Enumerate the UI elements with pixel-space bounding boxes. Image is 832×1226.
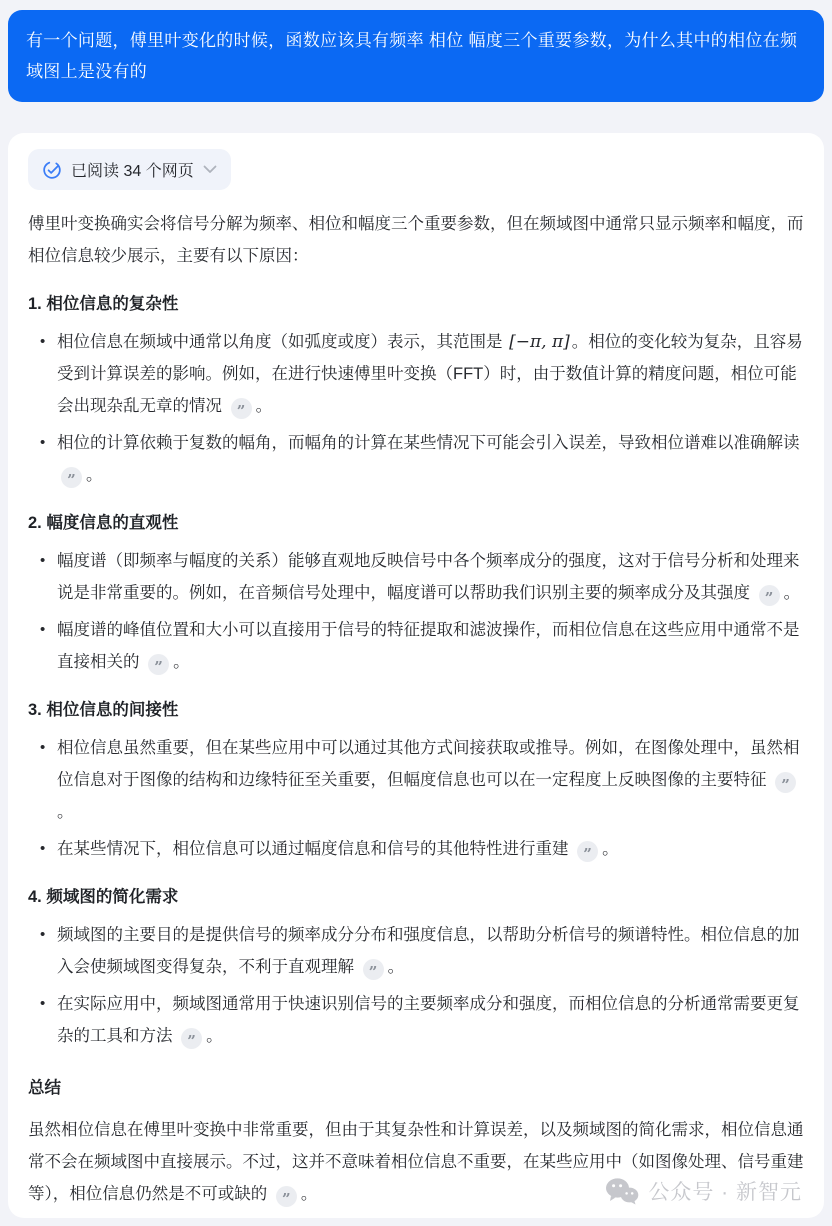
list-item: 在某些情况下，相位信息可以通过幅度信息和信号的其他特性进行重建 ”。 bbox=[40, 833, 804, 865]
summary-period: 。 bbox=[301, 1185, 318, 1203]
bullet-period: 。 bbox=[388, 958, 405, 976]
bullet-list-4: 频域图的主要目的是提供信号的频率成分分布和强度信息，以帮助分析信号的频谱特性。相… bbox=[28, 919, 804, 1052]
bullet-text: 在某些情况下，相位信息可以通过幅度信息和信号的其他特性进行重建 bbox=[57, 840, 573, 858]
bullet-period: 。 bbox=[256, 397, 273, 415]
section-heading-2: 2. 幅度信息的直观性 bbox=[28, 511, 804, 535]
reading-status-chip[interactable]: 已阅读 34 个网页 bbox=[28, 149, 231, 190]
list-item: 幅度谱的峰值位置和大小可以直接用于信号的特征提取和滤波操作，而相位信息在这些应用… bbox=[40, 614, 804, 678]
bullet-text: 相位信息在频域中通常以角度（如弧度或度）表示，其范围是 bbox=[57, 333, 507, 351]
list-item: 相位信息虽然重要，但在某些应用中可以通过其他方式间接获取或推导。例如，在图像处理… bbox=[40, 732, 804, 828]
citation-icon[interactable]: ” bbox=[577, 841, 598, 862]
bullet-period: 。 bbox=[206, 1027, 223, 1045]
bullet-text: 相位信息虽然重要，但在某些应用中可以通过其他方式间接获取或推导。例如，在图像处理… bbox=[57, 739, 800, 789]
bullet-period: 。 bbox=[86, 466, 103, 484]
citation-icon[interactable]: ” bbox=[759, 585, 780, 606]
reading-status-label: 已阅读 34 个网页 bbox=[71, 158, 194, 181]
watermark-label: 公众号 · 新智元 bbox=[648, 1176, 802, 1206]
section-heading-4: 4. 频域图的简化需求 bbox=[28, 885, 804, 909]
chevron-down-icon bbox=[203, 165, 217, 174]
citation-icon[interactable]: ” bbox=[181, 1028, 202, 1049]
list-item: 频域图的主要目的是提供信号的频率成分分布和强度信息，以帮助分析信号的频谱特性。相… bbox=[40, 919, 804, 983]
list-item: 相位信息在频域中通常以角度（如弧度或度）表示，其范围是 [−π, π]。相位的变… bbox=[40, 326, 804, 422]
bullet-list-1: 相位信息在频域中通常以角度（如弧度或度）表示，其范围是 [−π, π]。相位的变… bbox=[28, 326, 804, 491]
user-question-bubble: 有一个问题，傅里叶变化的时候，函数应该具有频率 相位 幅度三个重要参数，为什么其… bbox=[8, 10, 824, 102]
citation-icon[interactable]: ” bbox=[363, 959, 384, 980]
bullet-list-2: 幅度谱（即频率与幅度的关系）能够直观地反映信号中各个频率成分的强度，这对于信号分… bbox=[28, 545, 804, 678]
check-circle-icon bbox=[42, 160, 62, 180]
bullet-text: 幅度谱（即频率与幅度的关系）能够直观地反映信号中各个频率成分的强度，这对于信号分… bbox=[57, 552, 800, 602]
citation-icon[interactable]: ” bbox=[276, 1186, 297, 1207]
watermark: 公众号 · 新智元 bbox=[605, 1176, 802, 1206]
list-item: 在实际应用中，频域图通常用于快速识别信号的主要频率成分和强度，而相位信息的分析通… bbox=[40, 988, 804, 1052]
citation-icon[interactable]: ” bbox=[61, 467, 82, 488]
bullet-text: 在实际应用中，频域图通常用于快速识别信号的主要频率成分和强度，而相位信息的分析通… bbox=[57, 995, 800, 1045]
wechat-icon bbox=[605, 1177, 639, 1205]
citation-icon[interactable]: ” bbox=[775, 772, 796, 793]
bullet-list-3: 相位信息虽然重要，但在某些应用中可以通过其他方式间接获取或推导。例如，在图像处理… bbox=[28, 732, 804, 865]
bullet-period: 。 bbox=[173, 653, 190, 671]
answer-card: 已阅读 34 个网页 傅里叶变换确实会将信号分解为频率、相位和幅度三个重要参数，… bbox=[8, 133, 824, 1218]
bullet-period: 。 bbox=[602, 840, 619, 858]
list-item: 相位的计算依赖于复数的幅角，而幅角的计算在某些情况下可能会引入误差，导致相位谱难… bbox=[40, 427, 804, 491]
bullet-text: 频域图的主要目的是提供信号的频率成分分布和强度信息，以帮助分析信号的频谱特性。相… bbox=[57, 926, 800, 976]
user-question-text: 有一个问题，傅里叶变化的时候，函数应该具有频率 相位 幅度三个重要参数，为什么其… bbox=[26, 31, 797, 81]
bullet-period: 。 bbox=[57, 803, 74, 821]
bullet-period: 。 bbox=[784, 584, 801, 602]
summary-heading: 总结 bbox=[28, 1076, 804, 1100]
citation-icon[interactable]: ” bbox=[148, 654, 169, 675]
section-heading-3: 3. 相位信息的间接性 bbox=[28, 698, 804, 722]
math-inline: [−π, π] bbox=[507, 332, 572, 352]
citation-icon[interactable]: ” bbox=[231, 398, 252, 419]
list-item: 幅度谱（即频率与幅度的关系）能够直观地反映信号中各个频率成分的强度，这对于信号分… bbox=[40, 545, 804, 609]
bullet-text: 相位的计算依赖于复数的幅角，而幅角的计算在某些情况下可能会引入误差，导致相位谱难… bbox=[57, 434, 800, 452]
section-heading-1: 1. 相位信息的复杂性 bbox=[28, 292, 804, 316]
answer-intro-paragraph: 傅里叶变换确实会将信号分解为频率、相位和幅度三个重要参数，但在频域图中通常只显示… bbox=[28, 208, 804, 272]
